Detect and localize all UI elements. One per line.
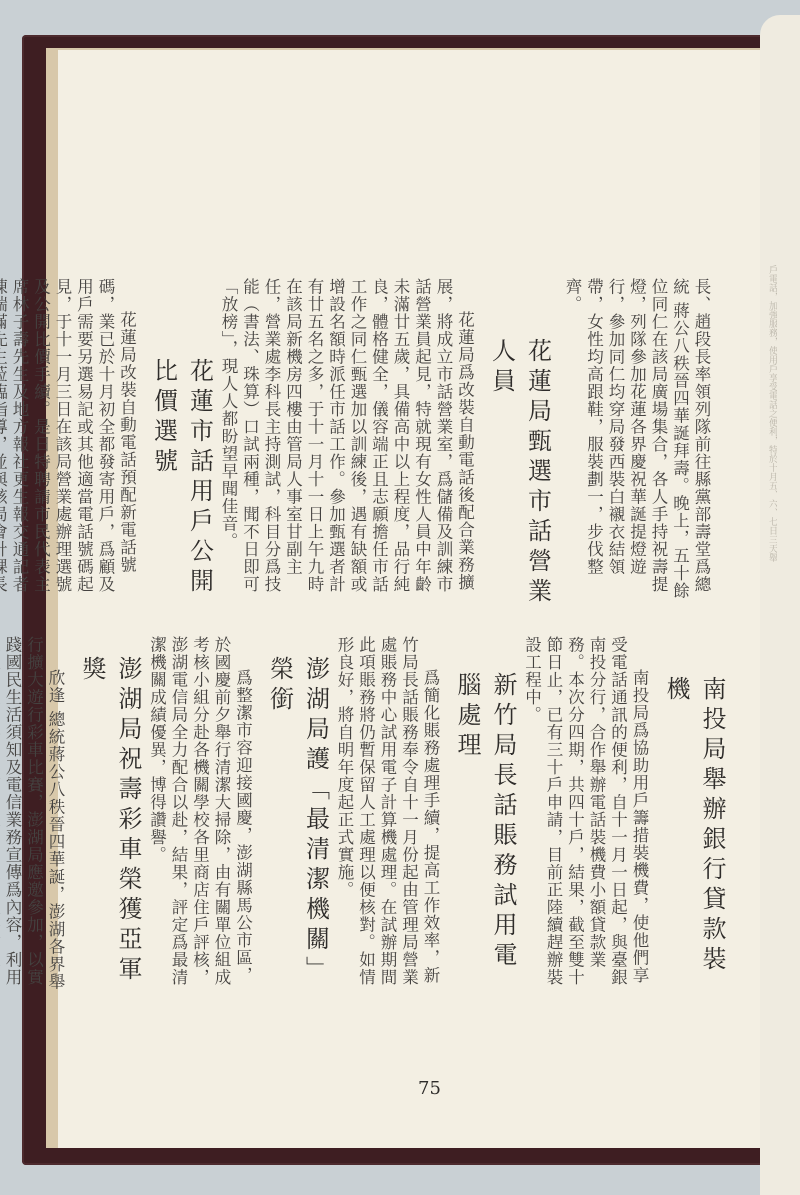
article-penghu-cleanest: 澎湖局護「最清潔機關」榮銜 爲整潔市容迎接國慶，澎湖縣馬公市區，於國慶前夕舉行清… (146, 636, 334, 996)
adjacent-page-text: 戶電話，加強服務，使用戶享受電話之便利，特於十月五、六、七日三天舉 (766, 265, 777, 695)
article-headline: 花蓮市話用戶公開比價選號 (146, 278, 218, 608)
article-headline: 花蓮局甄選市話營業人員 (484, 278, 556, 608)
article-hualien-number-bidding: 花蓮市話用戶公開比價選號 花蓮局改裝自動電話預配新電話號碼，業已於十月初全都發寄… (0, 278, 218, 608)
article-body: 爲簡化賬務處理手續，提高工作效率，新竹局長話賬務奉令自十一月份起由管理局營業處賬… (334, 636, 442, 996)
top-section: 長、趙段長率領列隊前往縣黨部壽堂爲總統 蔣公八秩晉四華誕拜壽。晚上，五十餘位同仁… (112, 278, 712, 608)
article-body: 爲整潔市容迎接國慶，澎湖縣馬公市區，於國慶前夕舉行清潔大掃除，由有關單位組成考核… (146, 636, 254, 996)
continued-article-text: 長、趙段長率領列隊前往縣黨部壽堂爲總統 蔣公八秩晉四華誕拜壽。晚上，五十餘位同仁… (562, 278, 713, 608)
article-penghu-float: 澎湖局祝壽彩車榮獲亞軍獎 欣逢 總統蔣公八秩晉四華誕，澎湖各界舉行擴大遊行彩車比… (0, 636, 146, 996)
article-hsinchu-computer: 新竹局長話賬務試用電腦處理 爲簡化賬務處理手續，提高工作效率，新竹局長話賬務奉令… (334, 636, 522, 996)
article-body: 欣逢 總統蔣公八秩晉四華誕，澎湖各界舉行擴大遊行彩車比賽，澎湖局應邀參加，以實踐… (0, 636, 66, 996)
article-headline: 澎湖局祝壽彩車榮獲亞軍獎 (74, 636, 146, 996)
bottom-section: 南投局舉辦銀行貸款裝機 南投局爲協助用戶籌措裝機費，使他們享受電話通訊的便利，自… (110, 636, 730, 996)
article-headline: 新竹局長話賬務試用電腦處理 (449, 636, 521, 996)
article-body: 花蓮局爲改裝自動電話後配合業務擴展，將成立市話營業室，爲儲備及訓練市話營業員起見… (218, 278, 476, 608)
article-nantou-loan: 南投局舉辦銀行貸款裝機 南投局爲協助用戶籌措裝機費，使他們享受電話通訊的便利，自… (521, 636, 730, 996)
article-headline: 澎湖局護「最清潔機關」榮銜 (262, 636, 334, 996)
article-headline: 南投局舉辦銀行貸款裝機 (658, 636, 730, 996)
article-body: 花蓮局改裝自動電話預配新電話號碼，業已於十月初全都發寄用戶，爲顧及用戶需要另選易… (0, 278, 138, 608)
article-hualien-selection: 花蓮局甄選市話營業人員 花蓮局爲改裝自動電話後配合業務擴展，將成立市話營業室，爲… (218, 278, 556, 608)
article-body: 南投局爲協助用戶籌措裝機費，使他們享受電話通訊的便利，自十一月一日起，與臺銀南投… (521, 636, 650, 996)
page-number: 75 (418, 1078, 441, 1099)
adjacent-page: 戶電話，加強服務，使用戶享受電話之便利，特於十月五、六、七日三天舉 (760, 15, 800, 1195)
